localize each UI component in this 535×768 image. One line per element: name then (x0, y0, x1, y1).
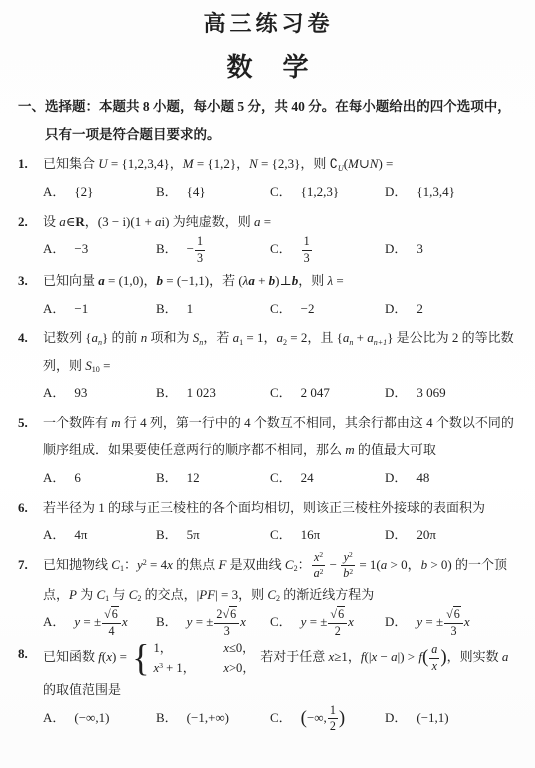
question-4: 4.记数列 {an} 的前 n 项和为 Sn，若 a1 = 1，a2 = 2，且… (18, 324, 519, 407)
option-content: 3 069 (416, 385, 445, 400)
option-content: −1 (74, 301, 88, 316)
question-3: 3.已知向量 a = (1,0)，b = (−1,1)，若 (λa + b)⊥b… (18, 267, 519, 322)
option-A: A．−1 (43, 295, 156, 323)
option-content: 48 (416, 470, 429, 485)
question-6: 6.若半径为 1 的球与正三棱柱的各个面均相切，则该正三棱柱外接球的表面积为A．… (18, 494, 519, 549)
option-B: B．5π (156, 521, 270, 549)
question-stem: 已知向量 a = (1,0)，b = (−1,1)，若 (λa + b)⊥b，则… (43, 267, 519, 295)
option-label: B． (156, 184, 178, 199)
option-content: {1,3,4} (416, 184, 454, 199)
fraction: √62 (328, 608, 347, 638)
option-content: y = ±√62x (301, 614, 354, 629)
option-content: y = ±2√63x (187, 614, 246, 629)
option-content: y = ±√64x (74, 614, 127, 629)
option-content: {1,2,3} (301, 184, 339, 199)
fraction: ax (429, 643, 439, 673)
subject-title: 数 学 (18, 52, 519, 85)
option-content: 13 (301, 241, 313, 256)
option-content: 3 (416, 241, 423, 256)
option-label: D． (385, 614, 407, 629)
question-number: 1. (18, 150, 28, 178)
option-C: C．(−∞,12) (270, 704, 385, 734)
question-stem: 已知集合 U = {1,2,3,4}，M = {1,2}，N = {2,3}，则… (43, 150, 519, 178)
option-C: C．2 047 (270, 379, 385, 407)
option-label: D． (385, 470, 407, 485)
questions-list: 1.已知集合 U = {1,2,3,4}，M = {1,2}，N = {2,3}… (18, 150, 519, 733)
option-content: −13 (187, 241, 206, 256)
piecewise-function: {1，x≤0，x3 + 1，x>0， (132, 640, 255, 676)
question-stem: 已知抛物线 C1：y2 = 4x 的焦点 F 是双曲线 C2：x2a2 − y2… (43, 551, 519, 609)
option-label: C． (270, 710, 292, 725)
fraction: √64 (102, 608, 121, 638)
option-C: C．24 (270, 464, 385, 492)
option-C: C．{1,2,3} (270, 178, 385, 206)
fraction: √63 (444, 608, 463, 638)
option-label: D． (385, 184, 407, 199)
option-C: C．16π (270, 521, 385, 549)
option-label: C． (270, 301, 292, 316)
option-content: 5π (187, 527, 200, 542)
option-D: D．3 (385, 235, 519, 265)
option-content: {4} (187, 184, 206, 199)
option-label: D． (385, 301, 407, 316)
question-stem: 记数列 {an} 的前 n 项和为 Sn，若 a1 = 1，a2 = 2，且 {… (43, 324, 519, 379)
option-content: 2 (416, 301, 423, 316)
question-1: 1.已知集合 U = {1,2,3,4}，M = {1,2}，N = {2,3}… (18, 150, 519, 205)
option-content: 93 (74, 385, 87, 400)
option-label: A． (43, 184, 65, 199)
option-A: A．4π (43, 521, 156, 549)
option-label: C． (270, 184, 292, 199)
option-label: D． (385, 385, 407, 400)
option-label: B． (156, 385, 178, 400)
option-A: A．(−∞,1) (43, 704, 156, 734)
question-options: A．93B．1 023C．2 047D．3 069 (43, 379, 519, 407)
option-D: D．2 (385, 295, 519, 323)
question-stem: 设 a∈R，(3 − i)(1 + ai) 为纯虚数，则 a = (43, 208, 519, 236)
option-content: (−1,1) (416, 710, 448, 725)
question-options: A．{2}B．{4}C．{1,2,3}D．{1,3,4} (43, 178, 519, 206)
radical: √6 (104, 606, 119, 621)
option-C: C．13 (270, 235, 385, 265)
question-number: 3. (18, 267, 28, 295)
option-label: C． (270, 241, 292, 256)
option-content: (−∞,12) (301, 710, 345, 725)
option-content: −3 (74, 241, 88, 256)
radical: √6 (222, 606, 237, 621)
question-options: A．−1B．1C．−2D．2 (43, 295, 519, 323)
radical: √6 (330, 606, 345, 621)
question-options: A．4πB．5πC．16πD．20π (43, 521, 519, 549)
exam-paper-page: 高三练习卷 数 学 一、选择题：本题共 8 小题，每小题 5 分，共 40 分。… (0, 0, 535, 768)
fraction: x2a2 (312, 551, 326, 581)
option-D: D．20π (385, 521, 519, 549)
question-7: 7.已知抛物线 C1：y2 = 4x 的焦点 F 是双曲线 C2：x2a2 − … (18, 551, 519, 639)
question-options: A．6B．12C．24D．48 (43, 464, 519, 492)
option-label: B． (156, 614, 178, 629)
question-5: 5.一个数阵有 m 行 4 列，第一行中的 4 个数互不相同，其余行都由这 4 … (18, 409, 519, 492)
option-B: B．(−1,+∞) (156, 704, 270, 734)
option-content: 1 023 (187, 385, 216, 400)
section-instructions: 一、选择题：本题共 8 小题，每小题 5 分，共 40 分。在每小题给出的四个选… (18, 93, 519, 148)
option-content: 16π (301, 527, 321, 542)
option-B: B．y = ±2√63x (156, 608, 270, 638)
option-label: B． (156, 241, 178, 256)
option-label: C． (270, 470, 292, 485)
fraction: 12 (328, 704, 338, 734)
question-stem: 已知函数 f(x) = {1，x≤0，x3 + 1，x>0， 若对于任意 x≥1… (43, 640, 519, 703)
option-content: 24 (301, 470, 314, 485)
option-label: D． (385, 241, 407, 256)
option-content: (−1,+∞) (187, 710, 229, 725)
option-label: C． (270, 385, 292, 400)
fraction: 2√63 (214, 608, 239, 638)
option-label: B． (156, 527, 178, 542)
option-content: (−∞,1) (74, 710, 109, 725)
option-C: C．−2 (270, 295, 385, 323)
option-B: B．12 (156, 464, 270, 492)
question-number: 7. (18, 551, 28, 579)
option-label: C． (270, 527, 292, 542)
option-C: C．y = ±√62x (270, 608, 385, 638)
option-label: A． (43, 614, 65, 629)
option-D: D．3 069 (385, 379, 519, 407)
radical: √6 (446, 606, 461, 621)
question-number: 5. (18, 409, 28, 437)
option-D: D．{1,3,4} (385, 178, 519, 206)
option-content: 6 (74, 470, 81, 485)
option-B: B．1 023 (156, 379, 270, 407)
question-number: 6. (18, 494, 28, 522)
question-number: 8. (18, 640, 28, 668)
option-B: B．−13 (156, 235, 270, 265)
option-D: D．(−1,1) (385, 704, 519, 734)
paper-title: 高三练习卷 (18, 10, 519, 39)
option-content: 12 (187, 470, 200, 485)
question-number: 2. (18, 208, 28, 236)
option-A: A．y = ±√64x (43, 608, 156, 638)
option-A: A．6 (43, 464, 156, 492)
option-label: B． (156, 301, 178, 316)
fraction: y2b2 (341, 551, 355, 581)
question-options: A．y = ±√64xB．y = ±2√63xC．y = ±√62xD．y = … (43, 608, 519, 638)
option-label: A． (43, 385, 65, 400)
option-D: D．48 (385, 464, 519, 492)
question-8: 8.已知函数 f(x) = {1，x≤0，x3 + 1，x>0， 若对于任意 x… (18, 640, 519, 733)
option-content: 20π (416, 527, 436, 542)
option-B: B．{4} (156, 178, 270, 206)
option-A: A．−3 (43, 235, 156, 265)
option-A: A．{2} (43, 178, 156, 206)
option-label: A． (43, 527, 65, 542)
option-label: D． (385, 527, 407, 542)
question-2: 2.设 a∈R，(3 − i)(1 + ai) 为纯虚数，则 a =A．−3B．… (18, 208, 519, 266)
cases-brace-icon: { (132, 642, 149, 674)
fraction: 13 (195, 235, 205, 265)
option-B: B．1 (156, 295, 270, 323)
question-stem: 若半径为 1 的球与正三棱柱的各个面均相切，则该正三棱柱外接球的表面积为 (43, 494, 519, 522)
option-label: A． (43, 710, 65, 725)
option-label: B． (156, 710, 178, 725)
fraction: 13 (302, 235, 312, 265)
option-label: A． (43, 470, 65, 485)
option-content: 1 (187, 301, 194, 316)
option-content: {2} (74, 184, 93, 199)
option-label: B． (156, 470, 178, 485)
option-label: D． (385, 710, 407, 725)
option-label: C． (270, 614, 292, 629)
option-content: 4π (74, 527, 87, 542)
option-content: y = ±√63x (416, 614, 469, 629)
option-content: 2 047 (301, 385, 330, 400)
question-number: 4. (18, 324, 28, 352)
question-options: A．−3B．−13C．13D．3 (43, 235, 519, 265)
option-label: A． (43, 301, 65, 316)
option-D: D．y = ±√63x (385, 608, 519, 638)
question-stem: 一个数阵有 m 行 4 列，第一行中的 4 个数互不相同，其余行都由这 4 个数… (43, 409, 519, 464)
option-content: −2 (301, 301, 315, 316)
option-A: A．93 (43, 379, 156, 407)
question-options: A．(−∞,1)B．(−1,+∞)C．(−∞,12)D．(−1,1) (43, 704, 519, 734)
option-label: A． (43, 241, 65, 256)
